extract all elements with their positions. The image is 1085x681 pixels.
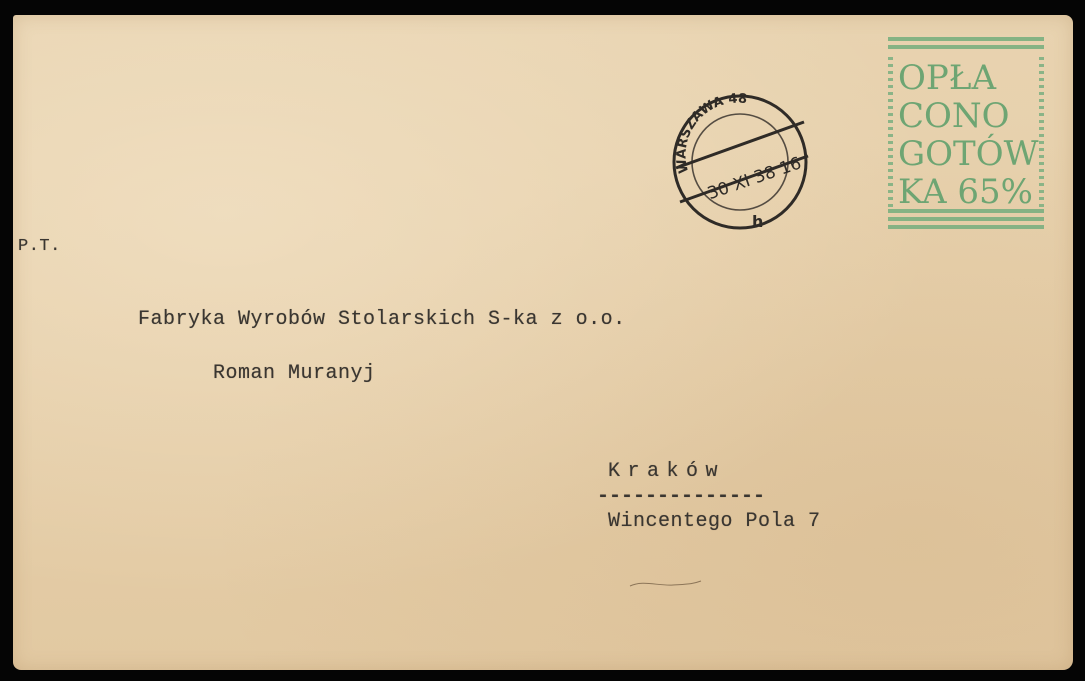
postmark-date: 30 XI 38 16	[705, 153, 804, 204]
city-underline: --------------	[597, 485, 765, 508]
postmark-cancellation: WARSZAWA 48 30 XI 38 16 h	[668, 90, 812, 234]
recipient-city: Kraków	[608, 460, 725, 483]
indicium-line-2: CONO	[898, 97, 1036, 135]
postage-indicium: OPŁA CONO GOTÓW KA 65%	[888, 37, 1044, 233]
salutation: P.T.	[18, 237, 61, 256]
indicium-line-4: KA 65%	[898, 173, 1036, 211]
postmark-letter: h	[752, 212, 763, 231]
indicium-text: OPŁA CONO GOTÓW KA 65%	[898, 59, 1036, 211]
indicium-bottom-bars	[888, 209, 1044, 233]
indicium-right-ticks	[1039, 57, 1044, 207]
indicium-line-1: OPŁA	[898, 59, 1036, 97]
indicium-line-3: GOTÓW	[898, 135, 1036, 173]
svg-text:WARSZAWA 48: WARSZAWA 48	[674, 91, 747, 174]
recipient-person: Roman Muranyj	[213, 362, 376, 385]
postmark-city: WARSZAWA 48	[674, 91, 747, 174]
envelope: OPŁA CONO GOTÓW KA 65% WARSZAWA 48 30 XI…	[13, 15, 1073, 670]
pencil-mark	[628, 580, 703, 588]
indicium-top-bars	[888, 37, 1044, 53]
indicium-left-ticks	[888, 57, 893, 207]
recipient-company: Fabryka Wyrobów Stolarskich S-ka z o.o.	[138, 308, 626, 331]
postmark-icon: WARSZAWA 48 30 XI 38 16 h	[668, 90, 812, 234]
recipient-street: Wincentego Pola 7	[608, 510, 821, 533]
